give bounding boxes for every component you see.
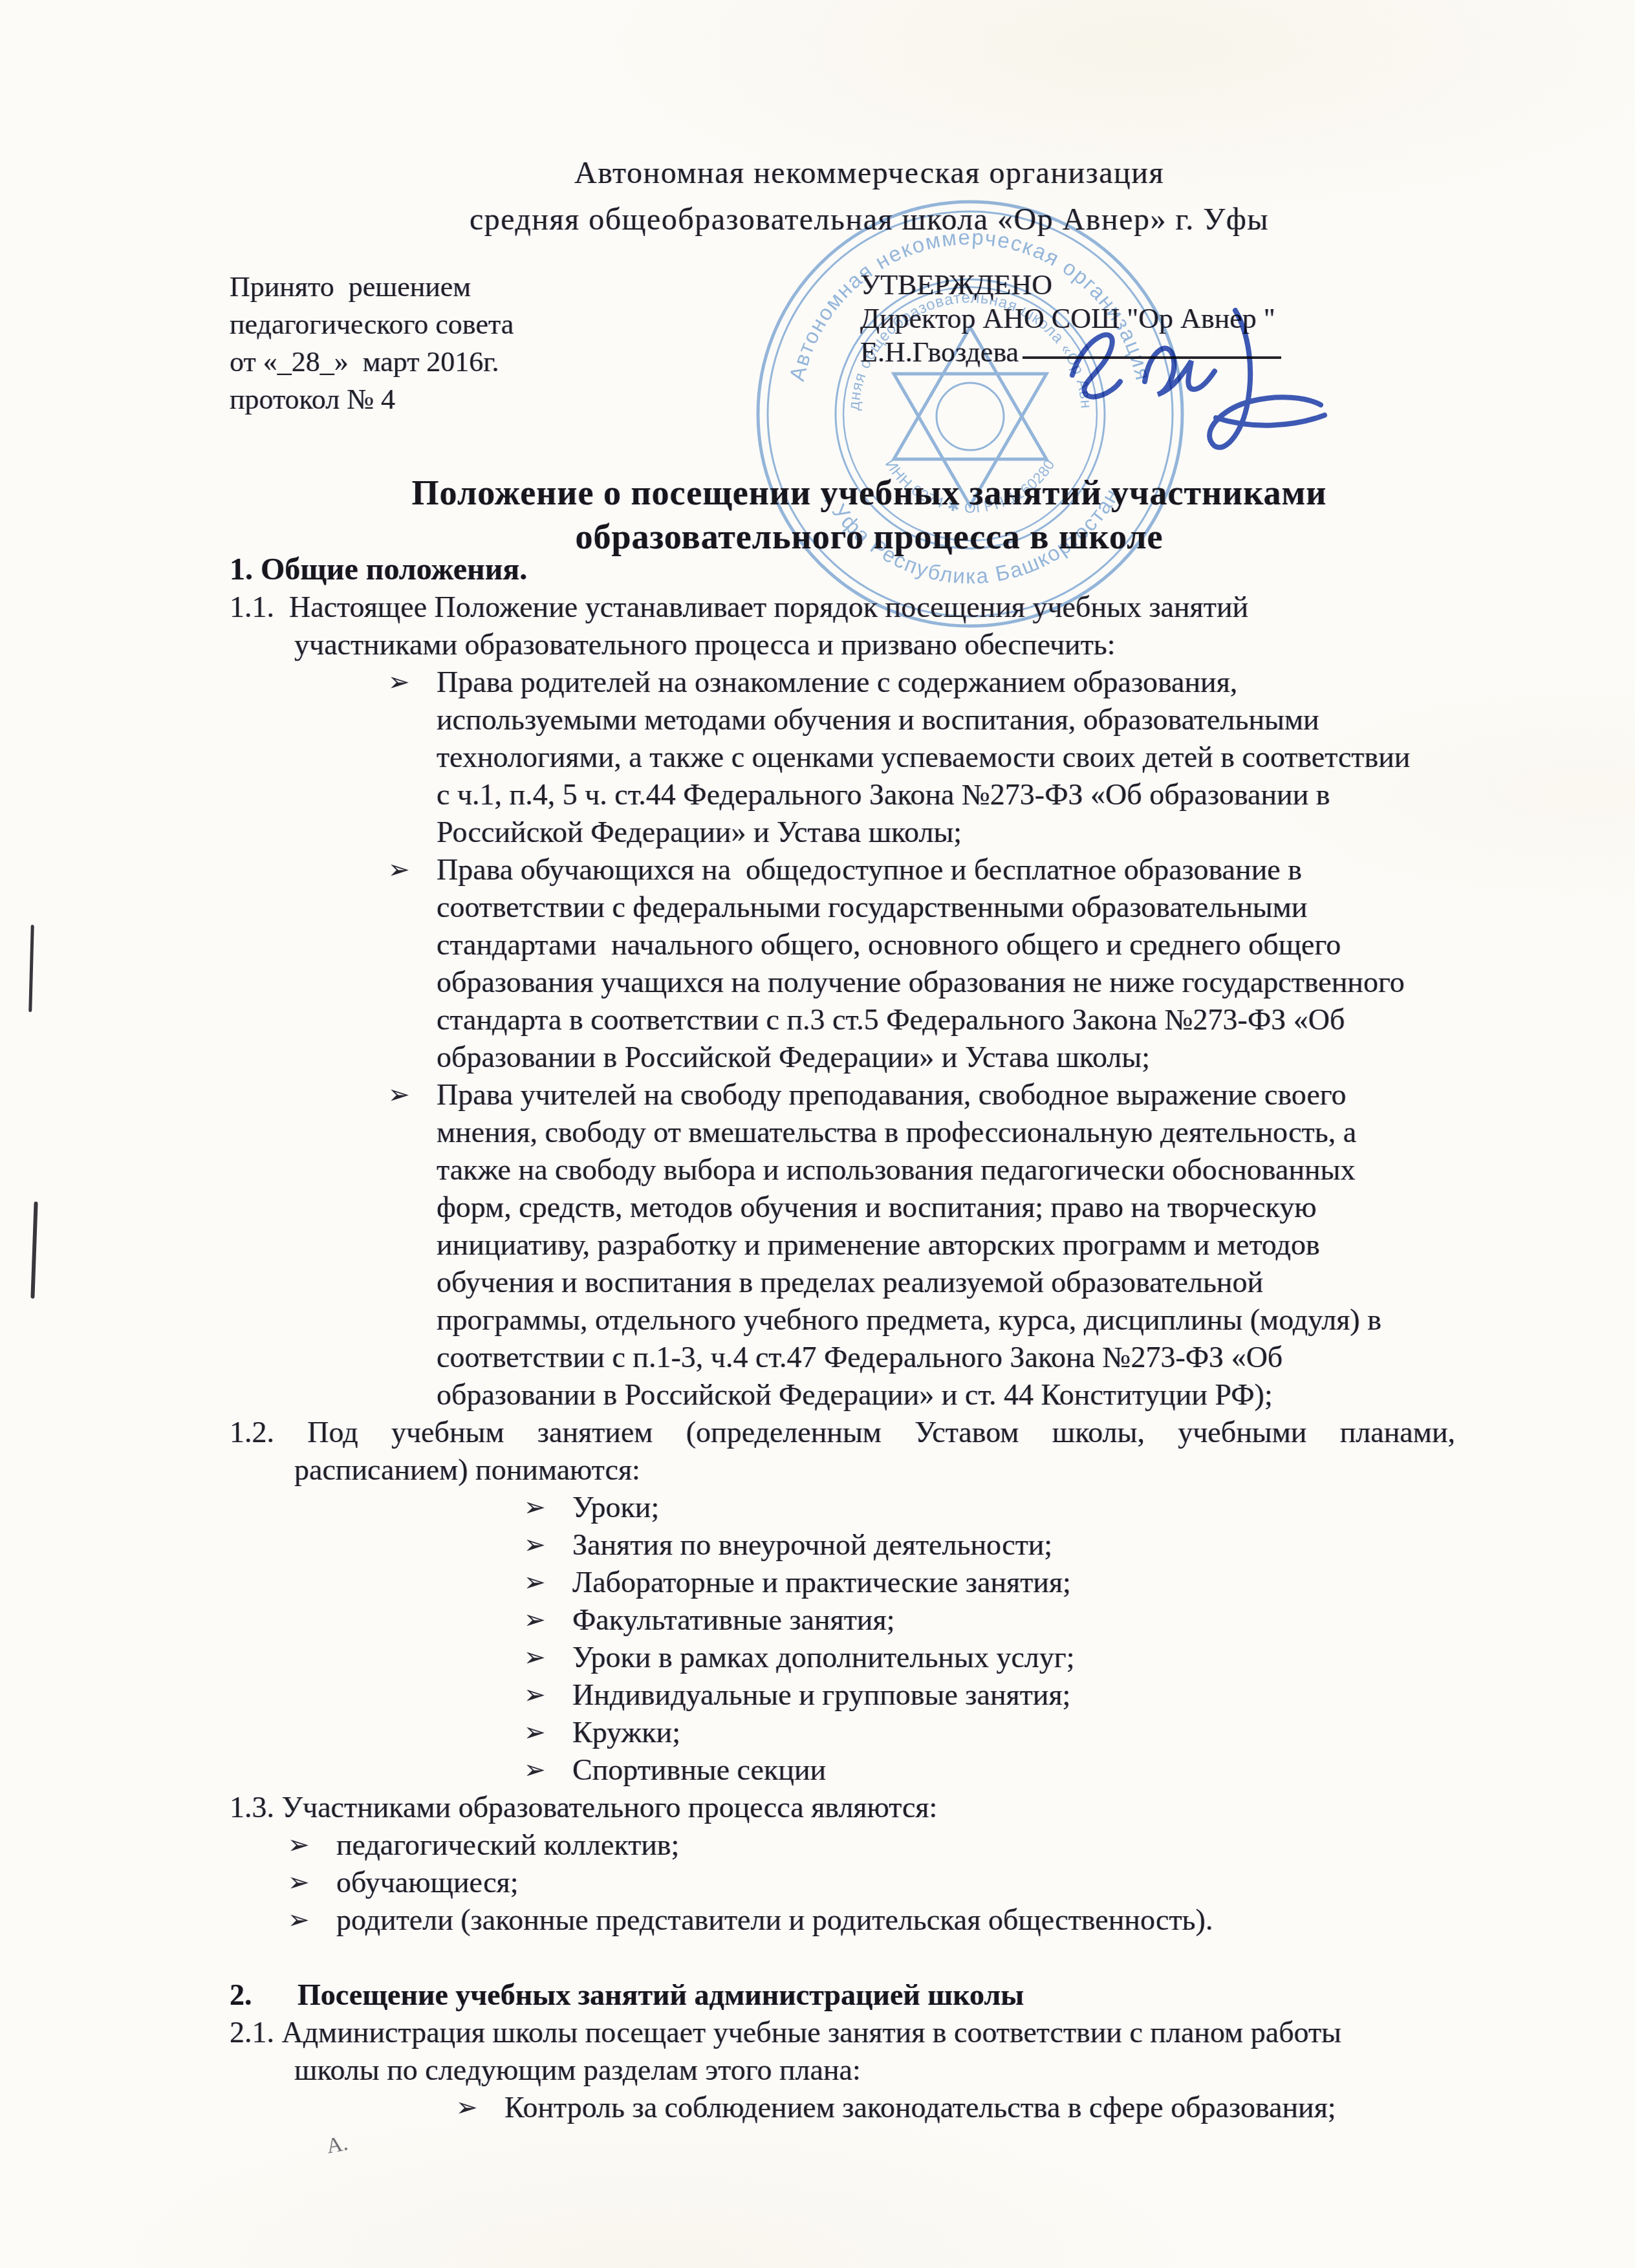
clause-1-2: 1.2. Под учебным занятием (определенным … — [230, 1414, 1455, 1489]
clause-1-1-bullet-teachers: ➢ Права учителей на свободу преподавания… — [388, 1076, 1455, 1414]
text-line: 2.1. Администрация школы посещает учебны… — [230, 2014, 1455, 2051]
text-line: технологиями, а также с оценками успевае… — [437, 739, 1455, 776]
section-2-number: 2. — [230, 1976, 298, 2014]
bullet-text: Права родителей на ознакомление с содерж… — [437, 664, 1455, 851]
list-item-text: Лабораторные и практические занятия; — [572, 1564, 1071, 1601]
text-line: соответствии с федеральными государствен… — [437, 889, 1455, 926]
list-item-text: Индивидуальные и групповые занятия; — [572, 1676, 1070, 1714]
list-item-text: Занятия по внеурочной деятельности; — [572, 1526, 1052, 1564]
margin-smudge: А. — [325, 2131, 350, 2159]
title-line1: Положение о посещении учебных занятий уч… — [52, 471, 1635, 515]
list-item-text: Спортивные секции — [572, 1751, 826, 1789]
list-item-text: педагогический коллектив; — [336, 1826, 679, 1864]
list-item-text: Контроль за соблюдением законодательства… — [504, 2089, 1336, 2126]
text-line: соответствии с п.1-3, ч.4 ст.47 Федераль… — [437, 1339, 1455, 1376]
document-title: Положение о посещении учебных занятий уч… — [52, 471, 1635, 559]
document-body: 1. Общие положения. 1.1. Настоящее Полож… — [230, 551, 1455, 2126]
list-item: ➢Кружки; — [524, 1714, 1455, 1751]
arrow-bullet-icon: ➢ — [388, 664, 437, 851]
arrow-bullet-icon: ➢ — [524, 1526, 572, 1564]
clause-1-1-bullet-students: ➢ Права обучающихся на общедоступное и б… — [388, 851, 1455, 1076]
text-line: программы, отдельного учебного предмета,… — [437, 1301, 1455, 1339]
list-item: ➢Спортивные секции — [524, 1751, 1455, 1789]
plan-sections-list: ➢Контроль за соблюдением законодательств… — [456, 2089, 1455, 2126]
text-line: используемыми методами обучения и воспит… — [437, 701, 1455, 739]
text-line: стандарта в соответствии с п.3 ст.5 Феде… — [437, 1001, 1455, 1039]
arrow-bullet-icon: ➢ — [524, 1489, 572, 1526]
arrow-bullet-icon: ➢ — [388, 851, 437, 1076]
clause-1-2-line2: расписанием) понимаются: — [294, 1451, 1455, 1489]
text-line: образовании в Российской Федерации» и Ус… — [437, 1039, 1455, 1076]
signature-stroke-1 — [1072, 335, 1120, 397]
section-1-heading: 1. Общие положения. — [230, 551, 1455, 589]
text-line: также на свободу выбора и использования … — [437, 1151, 1455, 1189]
text-line: Права учителей на свободу преподавания, … — [437, 1076, 1455, 1114]
arrow-bullet-icon: ➢ — [288, 1901, 336, 1939]
text-line: Российской Федерации» и Устава школы; — [437, 814, 1455, 851]
text-line: образовании в Российской Федерации» и ст… — [437, 1376, 1455, 1414]
text-line: мнения, свободу от вмешательства в профе… — [437, 1114, 1455, 1151]
list-item-text: Уроки в рамках дополнительных услуг; — [572, 1639, 1074, 1676]
margin-pen-mark-2 — [30, 1202, 38, 1299]
text-line: Права обучающихся на общедоступное и бес… — [437, 851, 1455, 889]
list-item-text: родители (законные представители и родит… — [336, 1901, 1213, 1939]
list-item-text: Кружки; — [572, 1714, 680, 1751]
list-item-text: обучающиеся; — [336, 1864, 519, 1901]
stamp-center-circle — [937, 383, 1004, 450]
list-item: ➢Контроль за соблюдением законодательств… — [456, 2089, 1455, 2126]
text-line: образования учащихся на получение образо… — [437, 964, 1455, 1001]
text-line: педагогического совета — [230, 306, 514, 343]
signature-stroke-4 — [1216, 415, 1325, 426]
text-line: форм, средств, методов обучения и воспит… — [437, 1189, 1455, 1226]
signature-stroke-2 — [1145, 348, 1215, 394]
arrow-bullet-icon: ➢ — [288, 1864, 336, 1901]
list-item: ➢Индивидуальные и групповые занятия; — [524, 1676, 1455, 1714]
arrow-bullet-icon: ➢ — [524, 1714, 572, 1751]
document-page: Автономная некоммерческая организация ср… — [0, 0, 1635, 2268]
list-item: ➢Факультативные занятия; — [524, 1601, 1455, 1639]
text-line: стандартами начального общего, основного… — [437, 926, 1455, 964]
list-item: ➢Уроки в рамках дополнительных услуг; — [524, 1639, 1455, 1676]
text-line: Принято решением — [230, 268, 514, 306]
text-line: протокол № 4 — [230, 381, 514, 418]
arrow-bullet-icon: ➢ — [524, 1639, 572, 1676]
arrow-bullet-icon: ➢ — [388, 1076, 437, 1414]
text-line: участниками образовательного процесса и … — [294, 626, 1455, 664]
list-item: ➢педагогический коллектив; — [288, 1826, 1455, 1864]
arrow-bullet-icon: ➢ — [288, 1826, 336, 1864]
arrow-bullet-icon: ➢ — [524, 1601, 572, 1639]
list-item: ➢родители (законные представители и роди… — [288, 1901, 1455, 1939]
arrow-bullet-icon: ➢ — [456, 2089, 504, 2126]
arrow-bullet-icon: ➢ — [524, 1564, 572, 1601]
text-line: школы по следующим разделам этого плана: — [294, 2051, 1455, 2089]
clause-2-1: 2.1. Администрация школы посещает учебны… — [294, 2014, 1455, 2089]
arrow-bullet-icon: ➢ — [524, 1751, 572, 1789]
clause-1-1-bullet-parents: ➢ Права родителей на ознакомление с соде… — [388, 664, 1455, 851]
clause-1-3: 1.3. Участниками образовательного процес… — [230, 1789, 1455, 1826]
list-item: ➢Занятия по внеурочной деятельности; — [524, 1526, 1455, 1564]
text-line: 1.1. Настоящее Положение устанавливает п… — [230, 589, 1455, 626]
accepted-block: Принято решениемпедагогического советаот… — [230, 268, 514, 418]
section-2-title: Посещение учебных занятий администрацией… — [298, 1976, 1024, 2014]
list-item: ➢обучающиеся; — [288, 1864, 1455, 1901]
margin-pen-mark-1 — [28, 925, 34, 1012]
text-line: инициативу, разработку и применение авто… — [437, 1226, 1455, 1264]
list-item: ➢Уроки; — [524, 1489, 1455, 1526]
bullet-text: Права обучающихся на общедоступное и бес… — [437, 851, 1455, 1076]
arrow-bullet-icon: ➢ — [524, 1676, 572, 1714]
text-line: обучения и воспитания в пределах реализу… — [437, 1264, 1455, 1301]
bullet-text: Права учителей на свободу преподавания, … — [437, 1076, 1455, 1414]
text-line: Права родителей на ознакомление с содерж… — [437, 664, 1455, 701]
clause-1-2-line1: 1.2. Под учебным занятием (определенным … — [230, 1414, 1455, 1451]
org-name-line1: Автономная некоммерческая организация — [52, 150, 1635, 197]
section-2-heading: 2. Посещение учебных занятий администрац… — [230, 1976, 1455, 2014]
clause-1-1: 1.1. Настоящее Положение устанавливает п… — [294, 589, 1455, 664]
list-item-text: Факультативные занятия; — [572, 1601, 894, 1639]
lesson-types-list: ➢Уроки;➢Занятия по внеурочной деятельнос… — [524, 1489, 1455, 1789]
text-line: от «_28_» март 2016г. — [230, 343, 514, 381]
participants-list: ➢педагогический коллектив;➢обучающиеся;➢… — [288, 1826, 1455, 1939]
list-item: ➢Лабораторные и практические занятия; — [524, 1564, 1455, 1601]
list-item-text: Уроки; — [572, 1489, 659, 1526]
text-line: с ч.1, п.4, 5 ч. ст.44 Федерального Зако… — [437, 776, 1455, 814]
